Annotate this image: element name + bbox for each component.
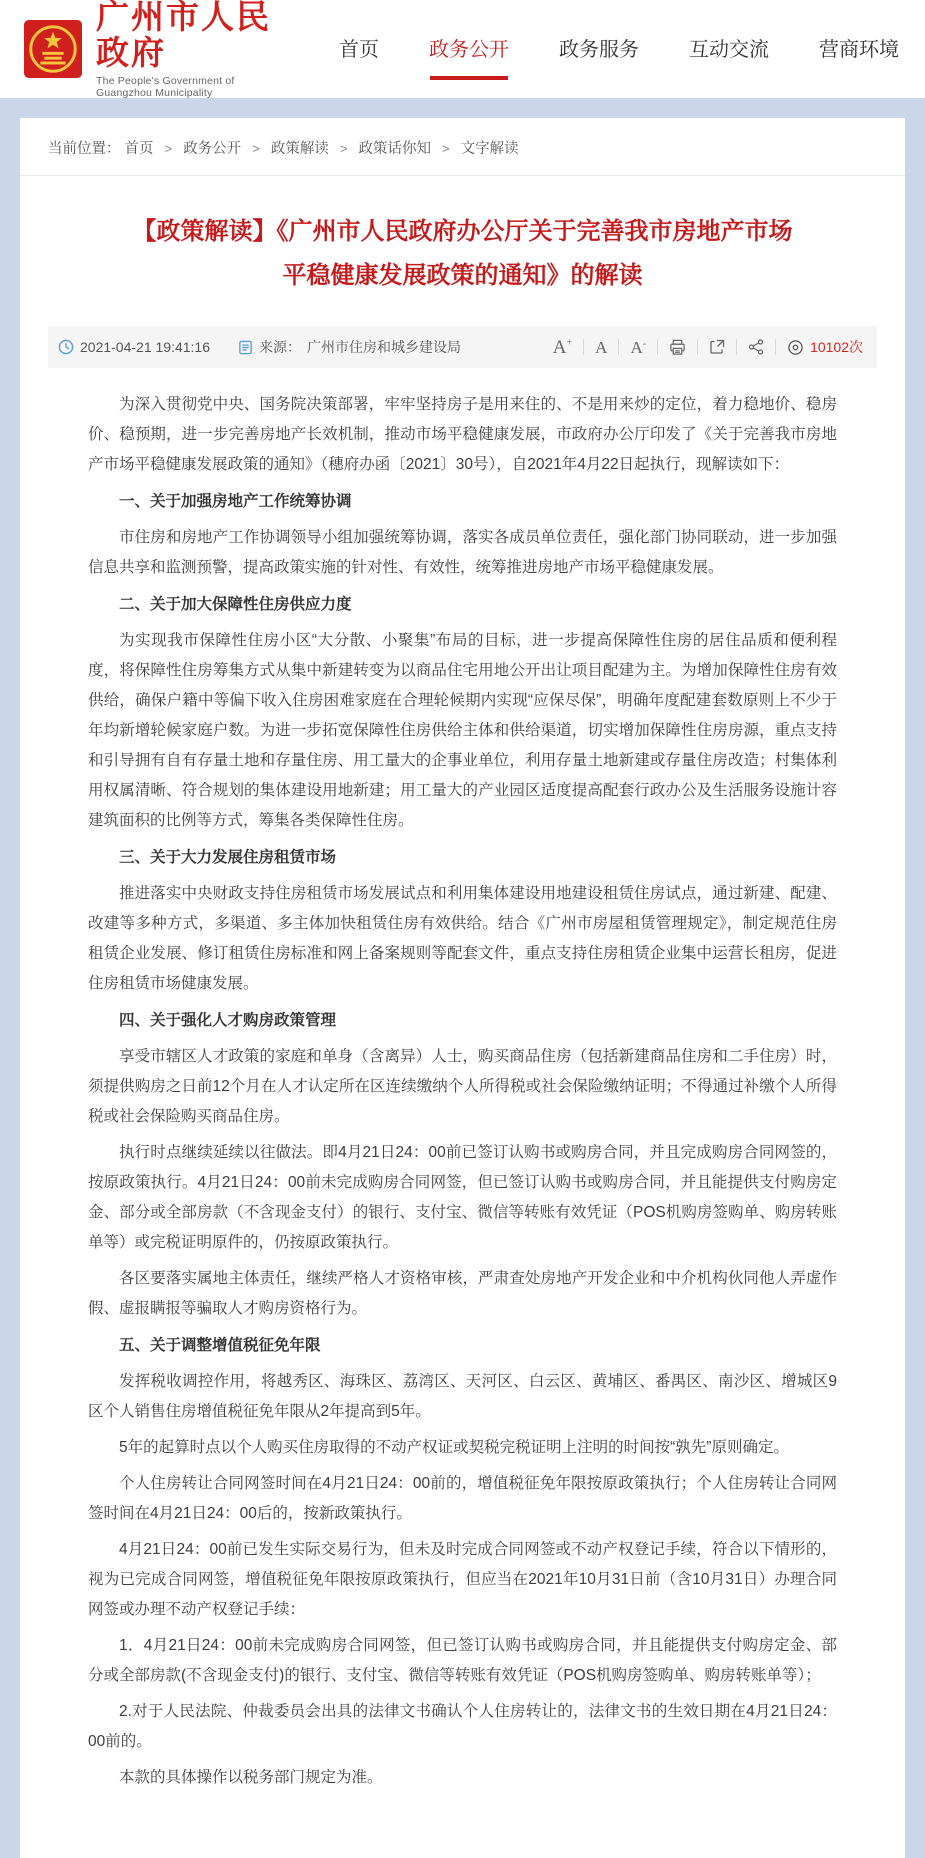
article-paragraph: 1．4月21日24：00前未完成购房合同网签，但已签订认购书或购房合同，并且能提… xyxy=(88,1631,837,1691)
site-header: 广州市人民政府 The People's Government of Guang… xyxy=(0,0,925,98)
breadcrumb-separator: > xyxy=(442,141,450,156)
article-paragraph: 执行时点继续延续以往做法。即4月21日24：00前已签订认购书或购房合同，并且完… xyxy=(88,1138,837,1258)
breadcrumb-separator: > xyxy=(165,141,173,156)
view-count-group: 10102次 xyxy=(787,337,863,357)
eye-icon xyxy=(787,339,804,356)
site-logo[interactable]: 广州市人民政府 The People's Government of Guang… xyxy=(24,0,281,99)
section-heading: 二、关于加大保障性住房供应力度 xyxy=(88,590,837,620)
export-button[interactable] xyxy=(709,339,725,355)
article-paragraph: 发挥税收调控作用，将越秀区、海珠区、荔湾区、天河区、白云区、黄埔区、番禺区、南沙… xyxy=(88,1367,837,1427)
printer-icon xyxy=(669,339,686,356)
meta-divider xyxy=(618,339,619,355)
section-heading: 五、关于调整增值税征免年限 xyxy=(88,1331,837,1361)
breadcrumb-text-interpretation[interactable]: 文字解读 xyxy=(461,141,519,157)
share-icon xyxy=(748,339,764,355)
section-heading: 三、关于大力发展住房租赁市场 xyxy=(88,843,837,873)
breadcrumb: 当前位置： 首页 > 政务公开 > 政策解读 > 政策话你知 > 文字解读 xyxy=(20,118,905,176)
section-heading: 一、关于加强房地产工作统筹协调 xyxy=(88,487,837,517)
article-meta-bar: 2021-04-21 19:41:16 来源：广州市住房和城乡建设局 A+ A … xyxy=(48,326,877,368)
page-title: 【政策解读】《广州市人民政府办公厅关于完善我市房地产市场平稳健康发展政策的通知》… xyxy=(133,210,793,298)
publish-date-group: 2021-04-21 19:41:16 xyxy=(58,339,210,355)
article-paragraph: 本款的具体操作以税务部门规定为准。 xyxy=(88,1763,837,1793)
source-name: 广州市住房和城乡建设局 xyxy=(307,337,461,357)
article: 【政策解读】《广州市人民政府办公厅关于完善我市房地产市场平稳健康发展政策的通知》… xyxy=(20,210,905,1839)
nav-item-home[interactable]: 首页 xyxy=(337,19,381,80)
view-count: 10102次 xyxy=(810,337,863,357)
nav-item-business-env[interactable]: 营商环境 xyxy=(817,19,901,80)
font-smaller-button[interactable]: A- xyxy=(630,339,646,356)
share-button[interactable] xyxy=(748,339,764,355)
nav-item-interaction[interactable]: 互动交流 xyxy=(687,19,771,80)
source-label: 来源： xyxy=(259,337,301,357)
breadcrumb-separator: > xyxy=(252,141,260,156)
site-name: 广州市人民政府 xyxy=(96,0,281,71)
breadcrumb-separator: > xyxy=(340,141,348,156)
meta-divider xyxy=(697,339,698,355)
breadcrumb-home[interactable]: 首页 xyxy=(125,141,154,157)
national-emblem-icon xyxy=(24,20,82,78)
breadcrumb-policy-tell-you[interactable]: 政策话你知 xyxy=(359,141,432,157)
article-paragraph: 为实现我市保障性住房小区“大分散、小聚集”布局的目标，进一步提高保障性住房的居住… xyxy=(88,626,837,836)
nav-item-gov-services[interactable]: 政务服务 xyxy=(557,19,641,80)
font-normal-button[interactable]: A xyxy=(595,339,607,356)
print-button[interactable] xyxy=(669,339,686,356)
article-paragraph: 市住房和房地产工作协调领导小组加强统筹协调，落实各成员单位责任，强化部门协同联动… xyxy=(88,523,837,583)
publish-date: 2021-04-21 19:41:16 xyxy=(80,339,210,355)
article-paragraph: 个人住房转让合同网签时间在4月21日24：00前的，增值税征免年限按原政策执行；… xyxy=(88,1469,837,1529)
article-paragraph: 享受市辖区人才政策的家庭和单身（含离异）人士，购买商品住房（包括新建商品住房和二… xyxy=(88,1042,837,1132)
meta-divider xyxy=(775,339,776,355)
font-larger-button[interactable]: A+ xyxy=(553,338,572,357)
article-paragraph: 为深入贯彻党中央、国务院决策部署，牢牢坚持房子是用来住的、不是用来炒的定位，着力… xyxy=(88,390,837,480)
breadcrumb-prefix: 当前位置： xyxy=(48,141,121,157)
site-subtitle: The People's Government of Guangzhou Mun… xyxy=(96,75,281,99)
meta-divider xyxy=(736,339,737,355)
source-doc-icon xyxy=(238,340,253,355)
article-body: 为深入贯彻党中央、国务院决策部署，牢牢坚持房子是用来住的、不是用来炒的定位，着力… xyxy=(88,390,837,1793)
clock-icon xyxy=(58,339,74,355)
article-paragraph: 4月21日24：00前已发生实际交易行为，但未及时完成合同网签或不动产权登记手续… xyxy=(88,1535,837,1625)
export-icon xyxy=(709,339,725,355)
content-card: 当前位置： 首页 > 政务公开 > 政策解读 > 政策话你知 > 文字解读 【政… xyxy=(20,118,905,1858)
meta-divider xyxy=(657,339,658,355)
main-nav: 首页 政务公开 政务服务 互动交流 营商环境 xyxy=(337,19,901,80)
nav-item-gov-affairs-open[interactable]: 政务公开 xyxy=(427,19,511,80)
article-paragraph: 5年的起算时点以个人购买住房取得的不动产权证或契税完税证明上注明的时间按“孰先”… xyxy=(88,1433,837,1463)
meta-divider xyxy=(583,339,584,355)
source-group: 来源：广州市住房和城乡建设局 xyxy=(238,337,461,357)
section-heading: 四、关于强化人才购房政策管理 xyxy=(88,1006,837,1036)
article-paragraph: 各区要落实属地主体责任，继续严格人才资格审核，严肃查处房地产开发企业和中介机构伙… xyxy=(88,1264,837,1324)
breadcrumb-policy-interpretation[interactable]: 政策解读 xyxy=(271,141,329,157)
article-paragraph: 2.对于人民法院、仲裁委员会出具的法律文书确认个人住房转让的，法律文书的生效日期… xyxy=(88,1697,837,1757)
breadcrumb-gov-open[interactable]: 政务公开 xyxy=(183,141,241,157)
article-paragraph: 推进落实中央财政支持住房租赁市场发展试点和利用集体建设用地建设租赁住房试点，通过… xyxy=(88,879,837,999)
